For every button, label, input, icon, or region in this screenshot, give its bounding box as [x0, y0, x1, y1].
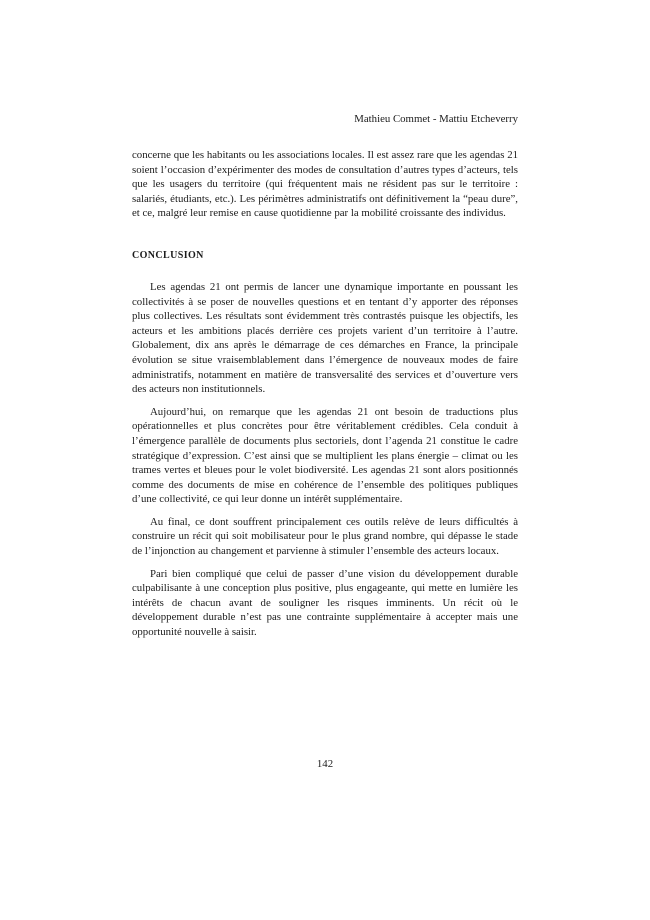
conclusion-paragraph-1: Les agendas 21 ont permis de lancer une …	[132, 280, 518, 397]
document-page: Mathieu Commet - Mattiu Etcheverry conce…	[0, 0, 650, 920]
section-heading-conclusion: CONCLUSION	[132, 249, 518, 262]
conclusion-paragraph-4: Pari bien compliqué que celui de passer …	[132, 567, 518, 640]
conclusion-paragraph-3: Au final, ce dont souffrent principaleme…	[132, 515, 518, 559]
body-paragraph-intro: concerne que les habitants ou les associ…	[132, 148, 518, 221]
page-number: 142	[132, 757, 518, 771]
conclusion-paragraph-2: Aujourd’hui, on remarque que les agendas…	[132, 405, 518, 507]
running-header-authors: Mathieu Commet - Mattiu Etcheverry	[132, 112, 518, 126]
text-block: Mathieu Commet - Mattiu Etcheverry conce…	[132, 112, 518, 648]
